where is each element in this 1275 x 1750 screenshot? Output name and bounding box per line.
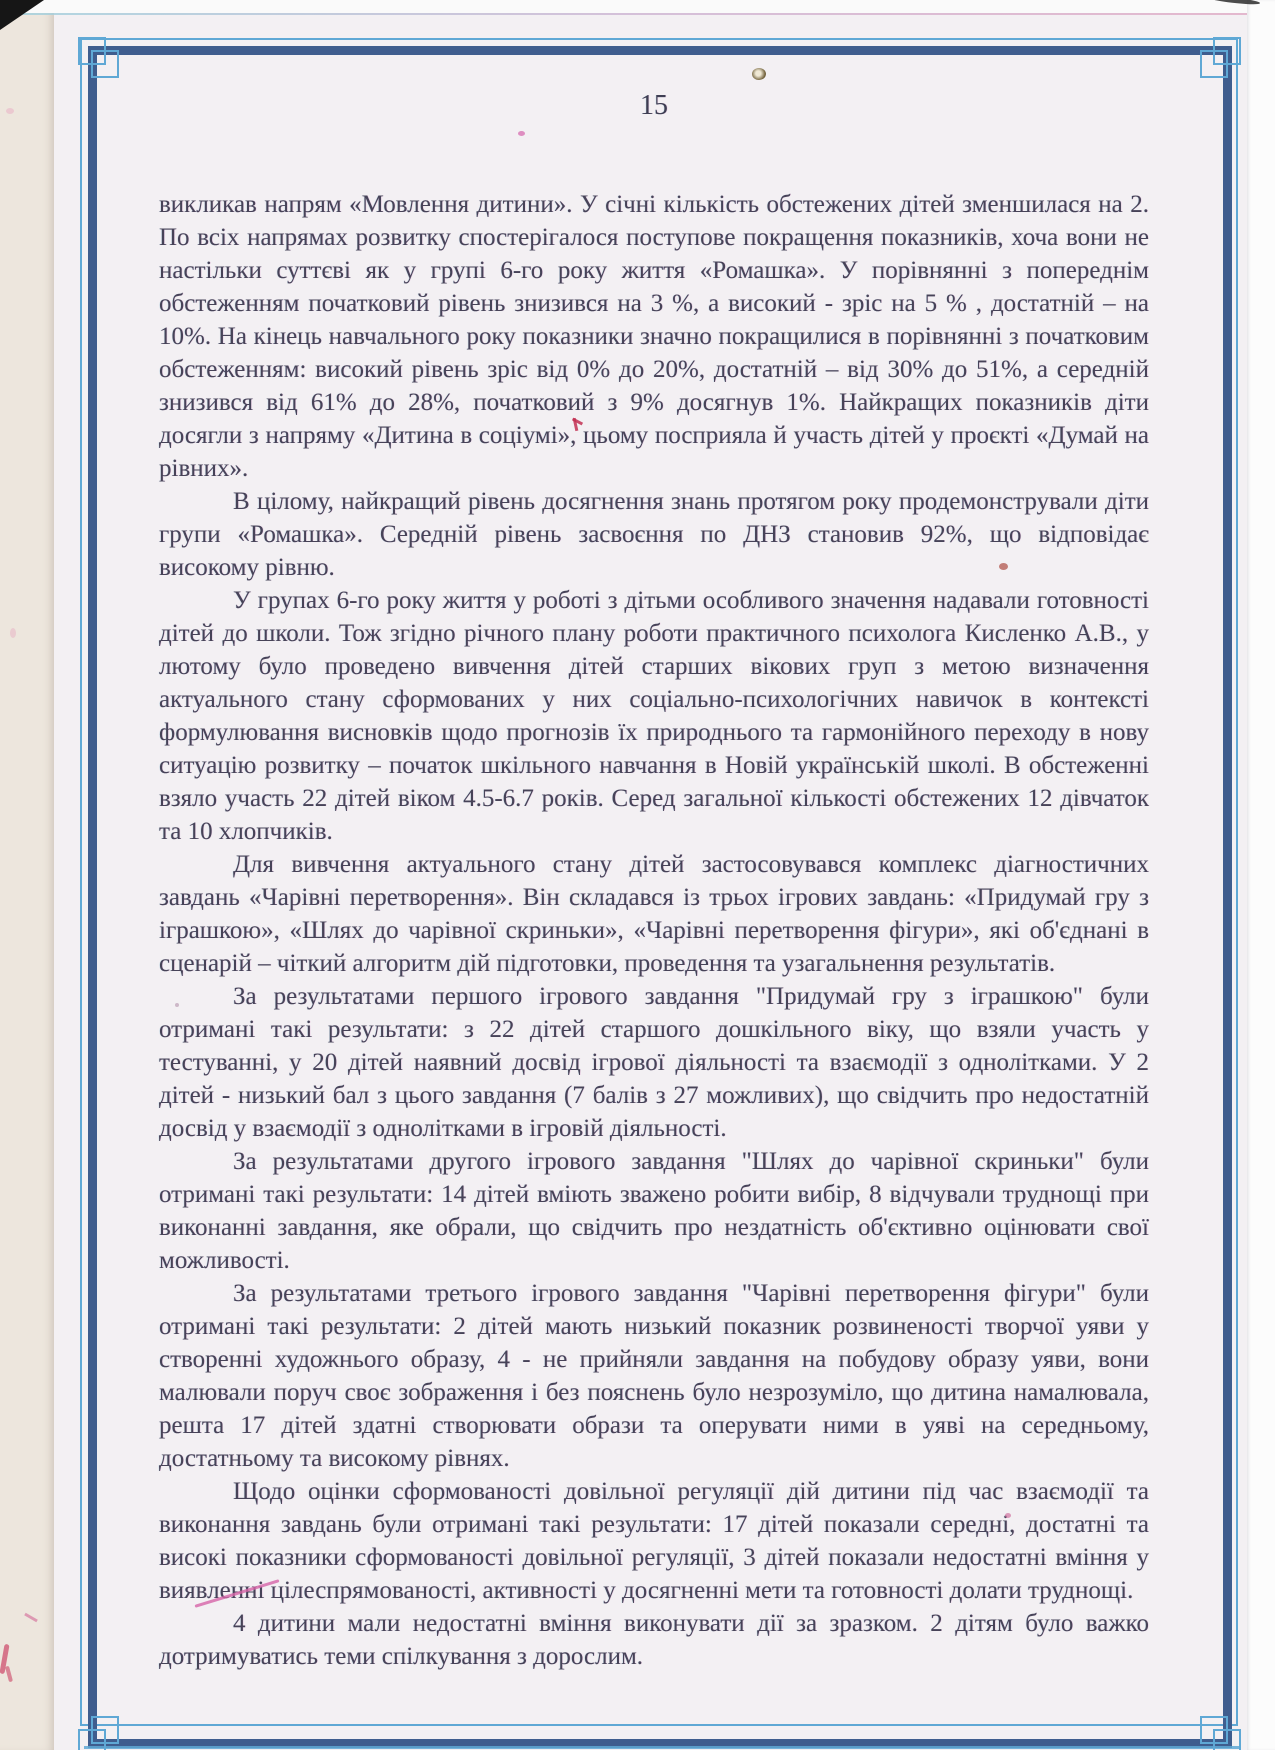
border-corner-ornament [1200,1716,1228,1744]
edge-smudge [6,108,14,114]
paragraph: Для вивчення актуального стану дітей зас… [159,848,1149,980]
document-body: викликав напрям «Мовлення дитини». У січ… [159,188,1149,1673]
border-corner-ornament [91,50,119,78]
scanner-edge-left [0,0,54,1750]
edge-smudge [10,628,16,638]
paragraph: 4 дитини мали недостатні вміння виконува… [159,1607,1149,1673]
paragraph: викликав напрям «Мовлення дитини». У січ… [159,188,1149,485]
paragraph: За результатами першого ігрового завданн… [159,980,1149,1145]
red-blob-artifact [999,563,1008,570]
scanner-edge-right [1247,0,1275,1750]
pink-dot-artifact [518,131,525,136]
border-corner-ornament [91,1716,119,1744]
scan-seam-line [0,13,1275,15]
scanned-document-page: { "document": { "page_number": "15", "pa… [0,0,1275,1750]
border-corner-ornament [1200,50,1228,78]
paragraph: За результатами третього ігрового завдан… [159,1277,1149,1475]
faint-dot-artifact [175,1003,179,1007]
pink-dot-artifact [1005,1513,1011,1518]
page-border-bottom-accent [84,1746,1240,1749]
paragraph: Щодо оцінки сформованості довільної регу… [159,1475,1149,1607]
paragraph: За результатами другого ігрового завданн… [159,1145,1149,1277]
scanner-edge-top [0,0,1275,13]
page-number: 15 [159,90,1149,122]
paragraph: У групах 6-го року життя у роботі з діть… [159,584,1149,848]
ink-spot-artifact [752,68,766,80]
